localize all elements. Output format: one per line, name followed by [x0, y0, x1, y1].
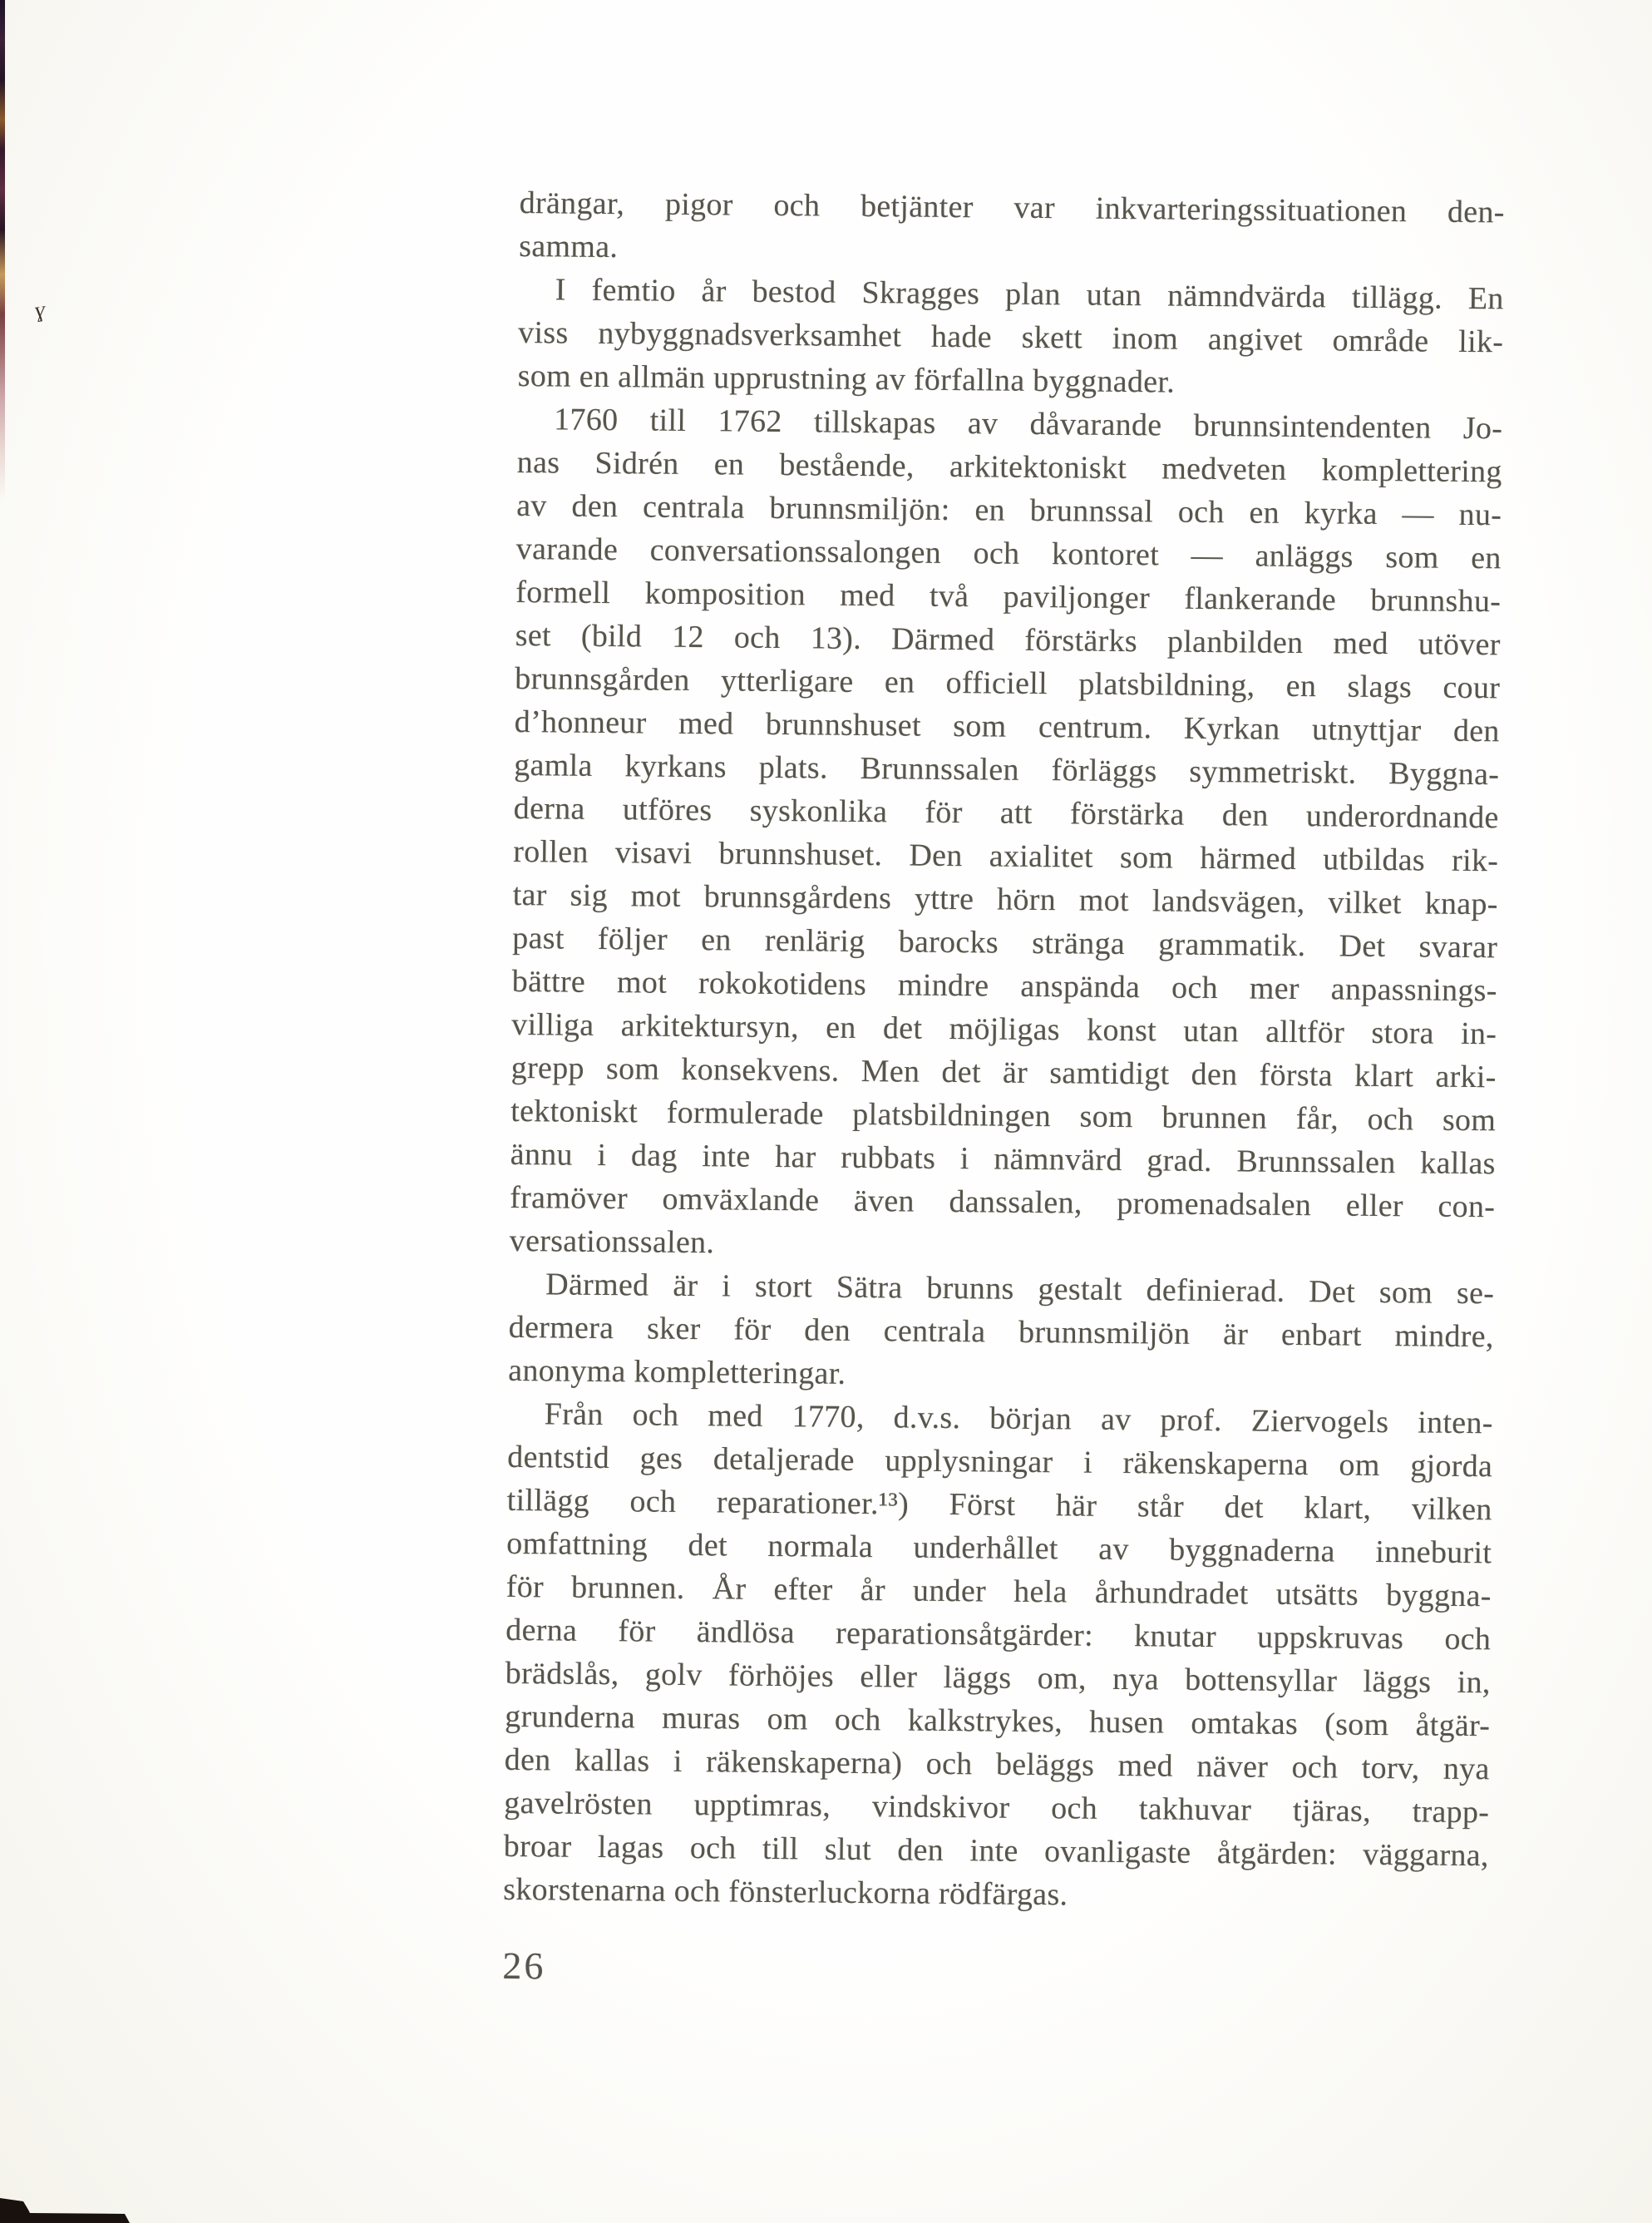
paragraph: Därmed är i stort Sätra brunns gestalt d…: [508, 1262, 1494, 1401]
paragraph: 1760 till 1762 tillskapas av dåvarande b…: [510, 398, 1503, 1272]
book-page: ɣ drängar, pigor och betjänter var inkva…: [0, 0, 1652, 2223]
scan-edge-artifact-bottom-left: [0, 2195, 141, 2223]
paragraphs: drängar, pigor och betjänter var inkvart…: [503, 181, 1505, 1920]
handwritten-margin-mark: ɣ: [33, 297, 47, 323]
paragraph: Från och med 1770, d.v.s. början av prof…: [503, 1392, 1493, 1920]
scan-edge-artifact-left: [0, 0, 5, 499]
body-text: drängar, pigor och betjänter var inkvart…: [502, 181, 1505, 1997]
paragraph: drängar, pigor och betjänter var inkvart…: [519, 181, 1505, 277]
paragraph: I femtio år bestod Skragges plan utan nä…: [518, 268, 1504, 407]
page-number: 26: [502, 1944, 1487, 1997]
